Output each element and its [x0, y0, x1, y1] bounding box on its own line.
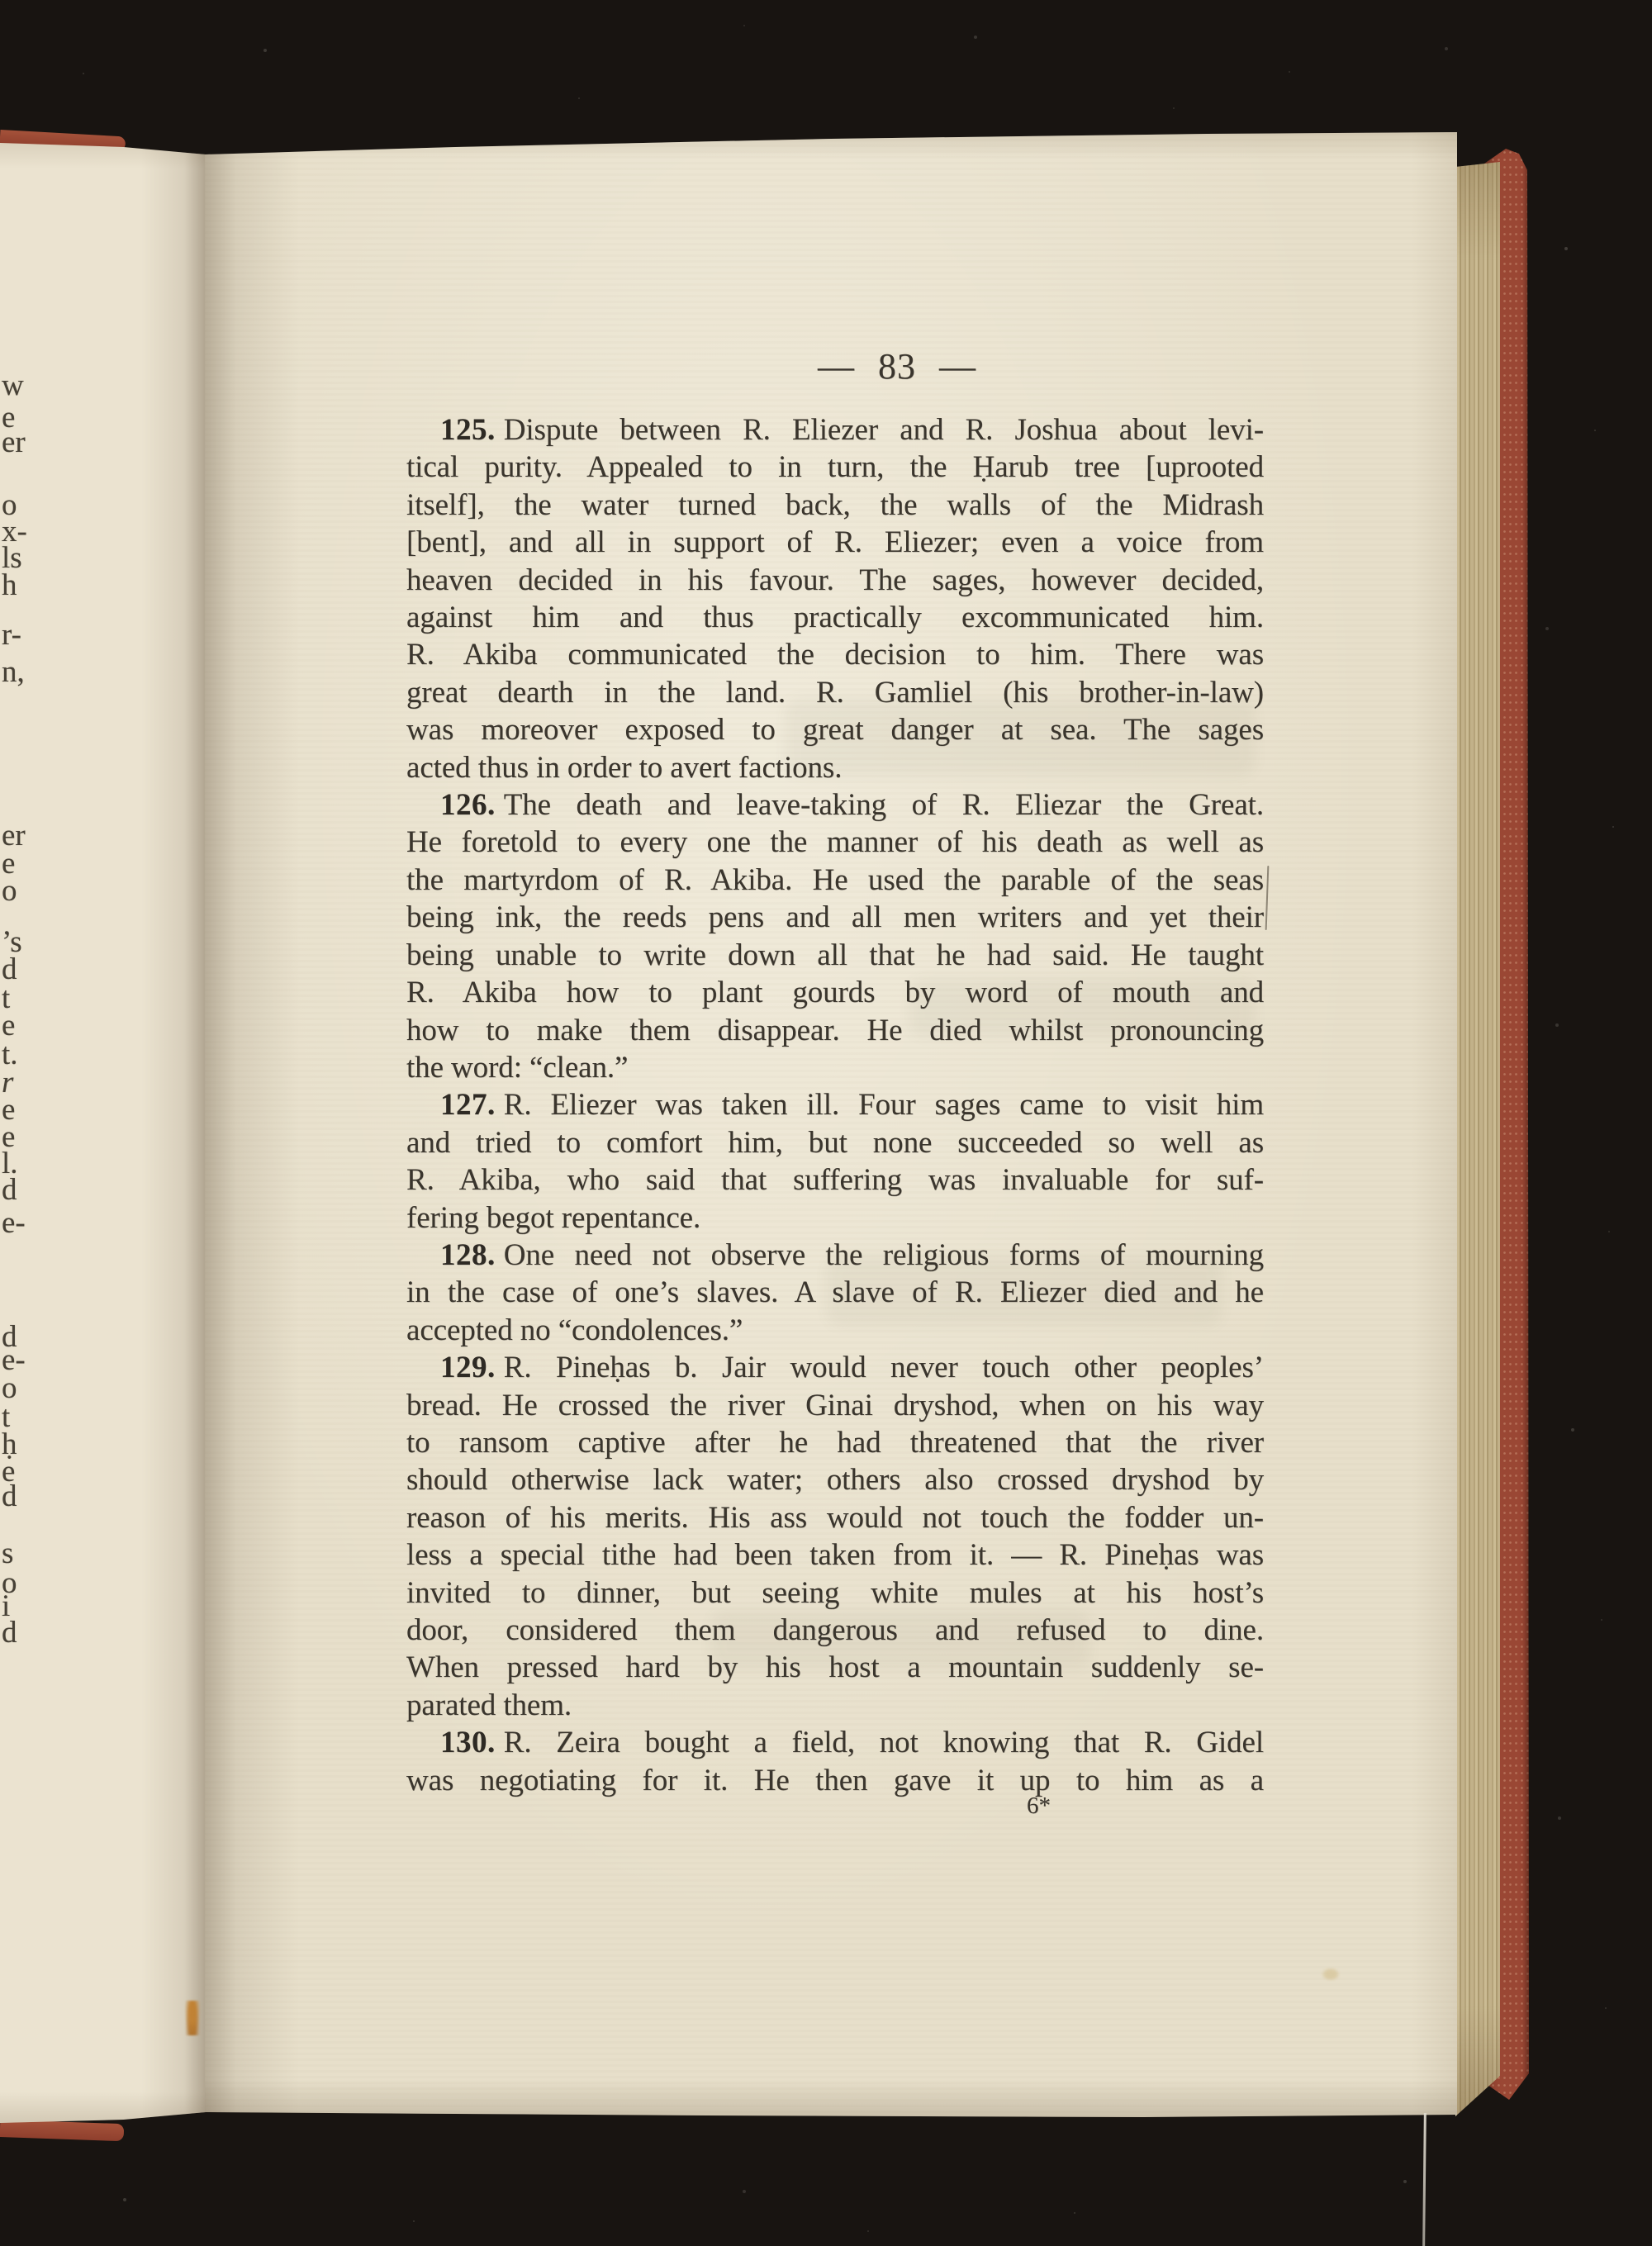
text-line: and tried to comfort him, but none succe… [406, 1124, 1264, 1161]
text-line: the martyrdom of R. Akiba. He used the p… [406, 862, 1264, 899]
facing-page-text-fragment: d [2, 1617, 17, 1648]
text-line: less a special tithe had been taken from… [406, 1536, 1264, 1574]
facing-page-text-fragment: o [2, 1373, 17, 1403]
paragraph-number: 125. [440, 413, 496, 447]
text-line: should otherwise lack water; others also… [406, 1461, 1264, 1498]
paragraph-127: 127.R. Eliezer was taken ill. Four sages… [406, 1086, 1264, 1237]
paragraph-125: 125.Dispute between R. Eliezer and R. Jo… [406, 411, 1264, 786]
text-line: He foretold to every one the manner of h… [406, 824, 1264, 861]
text-line: [bent], and all in support of R. Eliezer… [406, 524, 1264, 561]
text-line: reason of his merits. His ass would not … [406, 1499, 1264, 1536]
text-line: 125.Dispute between R. Eliezer and R. Jo… [406, 411, 1264, 449]
text-line: was moreover exposed to great danger at … [406, 711, 1264, 748]
text-line: being unable to write down all that he h… [406, 937, 1264, 974]
facing-page-text-fragment: w [2, 370, 24, 401]
text-line: itself], the water turned back, the wall… [406, 487, 1264, 524]
paragraph-130: 130.R. Zeira bought a field, not knowing… [406, 1724, 1264, 1799]
text-line: 127.R. Eliezer was taken ill. Four sages… [406, 1086, 1264, 1123]
text-line: R. Akiba communicated the decision to hi… [406, 636, 1264, 673]
book-cover-edge-bottom-left [0, 2120, 124, 2141]
facing-page-text-fragment: h [2, 570, 17, 601]
text-block: 125.Dispute between R. Eliezer and R. Jo… [406, 411, 1264, 1799]
text-line: great dearth in the land. R. Gamliel (hi… [406, 674, 1264, 711]
paragraph-number: 127. [440, 1088, 496, 1122]
facing-page-text-fragment: d [2, 1481, 17, 1512]
text-line: the word: “clean.” [406, 1049, 1264, 1086]
facing-page-text-fragment: o [2, 876, 17, 906]
text-line: being ink, the reeds pens and all men wr… [406, 899, 1264, 936]
book-photo: weerox-lshr-n,ereo’sdtet.reel.de-de-otḥe… [0, 0, 1652, 2246]
facing-page-text-fragment: d [2, 954, 17, 985]
signature-mark: 6* [1027, 1794, 1051, 1818]
page-block-fore-edge [1455, 162, 1500, 2121]
facing-page-text-fragment: n, [2, 657, 25, 687]
text-line: parated them. [406, 1687, 1264, 1724]
text-line: was negotiating for it. He then gave it … [406, 1762, 1264, 1799]
text-line: heaven decided in his favour. The sages,… [406, 562, 1264, 599]
facing-page-edge: weerox-lshr-n,ereo’sdtet.reel.de-de-otḥe… [0, 140, 206, 2125]
paragraph-number: 130. [440, 1726, 496, 1759]
text-line: 129.R. Pineḥas b. Jair would never touch… [406, 1349, 1264, 1386]
text-line: 128.One need not observe the religious f… [406, 1237, 1264, 1274]
text-line: to ransom captive after he had threatene… [406, 1424, 1264, 1461]
text-line: in the case of one’s slaves. A slave of … [406, 1274, 1264, 1311]
facing-page-text-fragment: d [2, 1175, 17, 1205]
text-line: When pressed hard by his host a mountain… [406, 1649, 1264, 1686]
text-line: R. Akiba, who said that suffering was in… [406, 1161, 1264, 1199]
paragraph-number: 126. [440, 788, 496, 822]
text-line: tical purity. Appealed to in turn, the Ḥ… [406, 449, 1264, 486]
text-line: bread. He crossed the river Ginai drysho… [406, 1387, 1264, 1424]
text-line: fering begot repentance. [406, 1199, 1264, 1237]
foxing-spot [1322, 1968, 1340, 1981]
text-line: door, considered them dangerous and refu… [406, 1612, 1264, 1649]
facing-page-text-fragment: e- [2, 1208, 26, 1238]
facing-page-text-fragment: e [2, 1010, 15, 1041]
text-line: invited to dinner, but seeing white mule… [406, 1574, 1264, 1612]
paragraph-number: 129. [440, 1351, 496, 1384]
rust-stain [185, 2001, 200, 2035]
facing-page-text-fragment: er [2, 427, 26, 458]
dust-specks [0, 0, 2, 2]
text-line: acted thus in order to avert factions. [406, 749, 1264, 786]
facing-page-text-fragment: r- [2, 620, 21, 650]
paragraph-number: 128. [440, 1238, 496, 1272]
text-line: how to make them disappear. He died whil… [406, 1012, 1264, 1049]
facing-page-text-fragment: s [2, 1538, 13, 1569]
margin-mark [1265, 866, 1270, 930]
bookmark-thread [1422, 2113, 1427, 2246]
book-page: — 83 — 125.Dispute between R. Eliezer an… [205, 132, 1457, 2119]
paragraph-128: 128.One need not observe the religious f… [406, 1237, 1264, 1349]
paragraph-129: 129.R. Pineḥas b. Jair would never touch… [406, 1349, 1264, 1724]
text-line: against him and thus practically excommu… [406, 599, 1264, 636]
paragraph-126: 126.The death and leave-taking of R. Eli… [406, 786, 1264, 1086]
page-number: — 83 — [649, 349, 1145, 385]
text-line: R. Akiba how to plant gourds by word of … [406, 974, 1264, 1011]
text-line: 130.R. Zeira bought a field, not knowing… [406, 1724, 1264, 1761]
text-line: accepted no “condolences.” [406, 1312, 1264, 1349]
text-line: 126.The death and leave-taking of R. Eli… [406, 786, 1264, 824]
